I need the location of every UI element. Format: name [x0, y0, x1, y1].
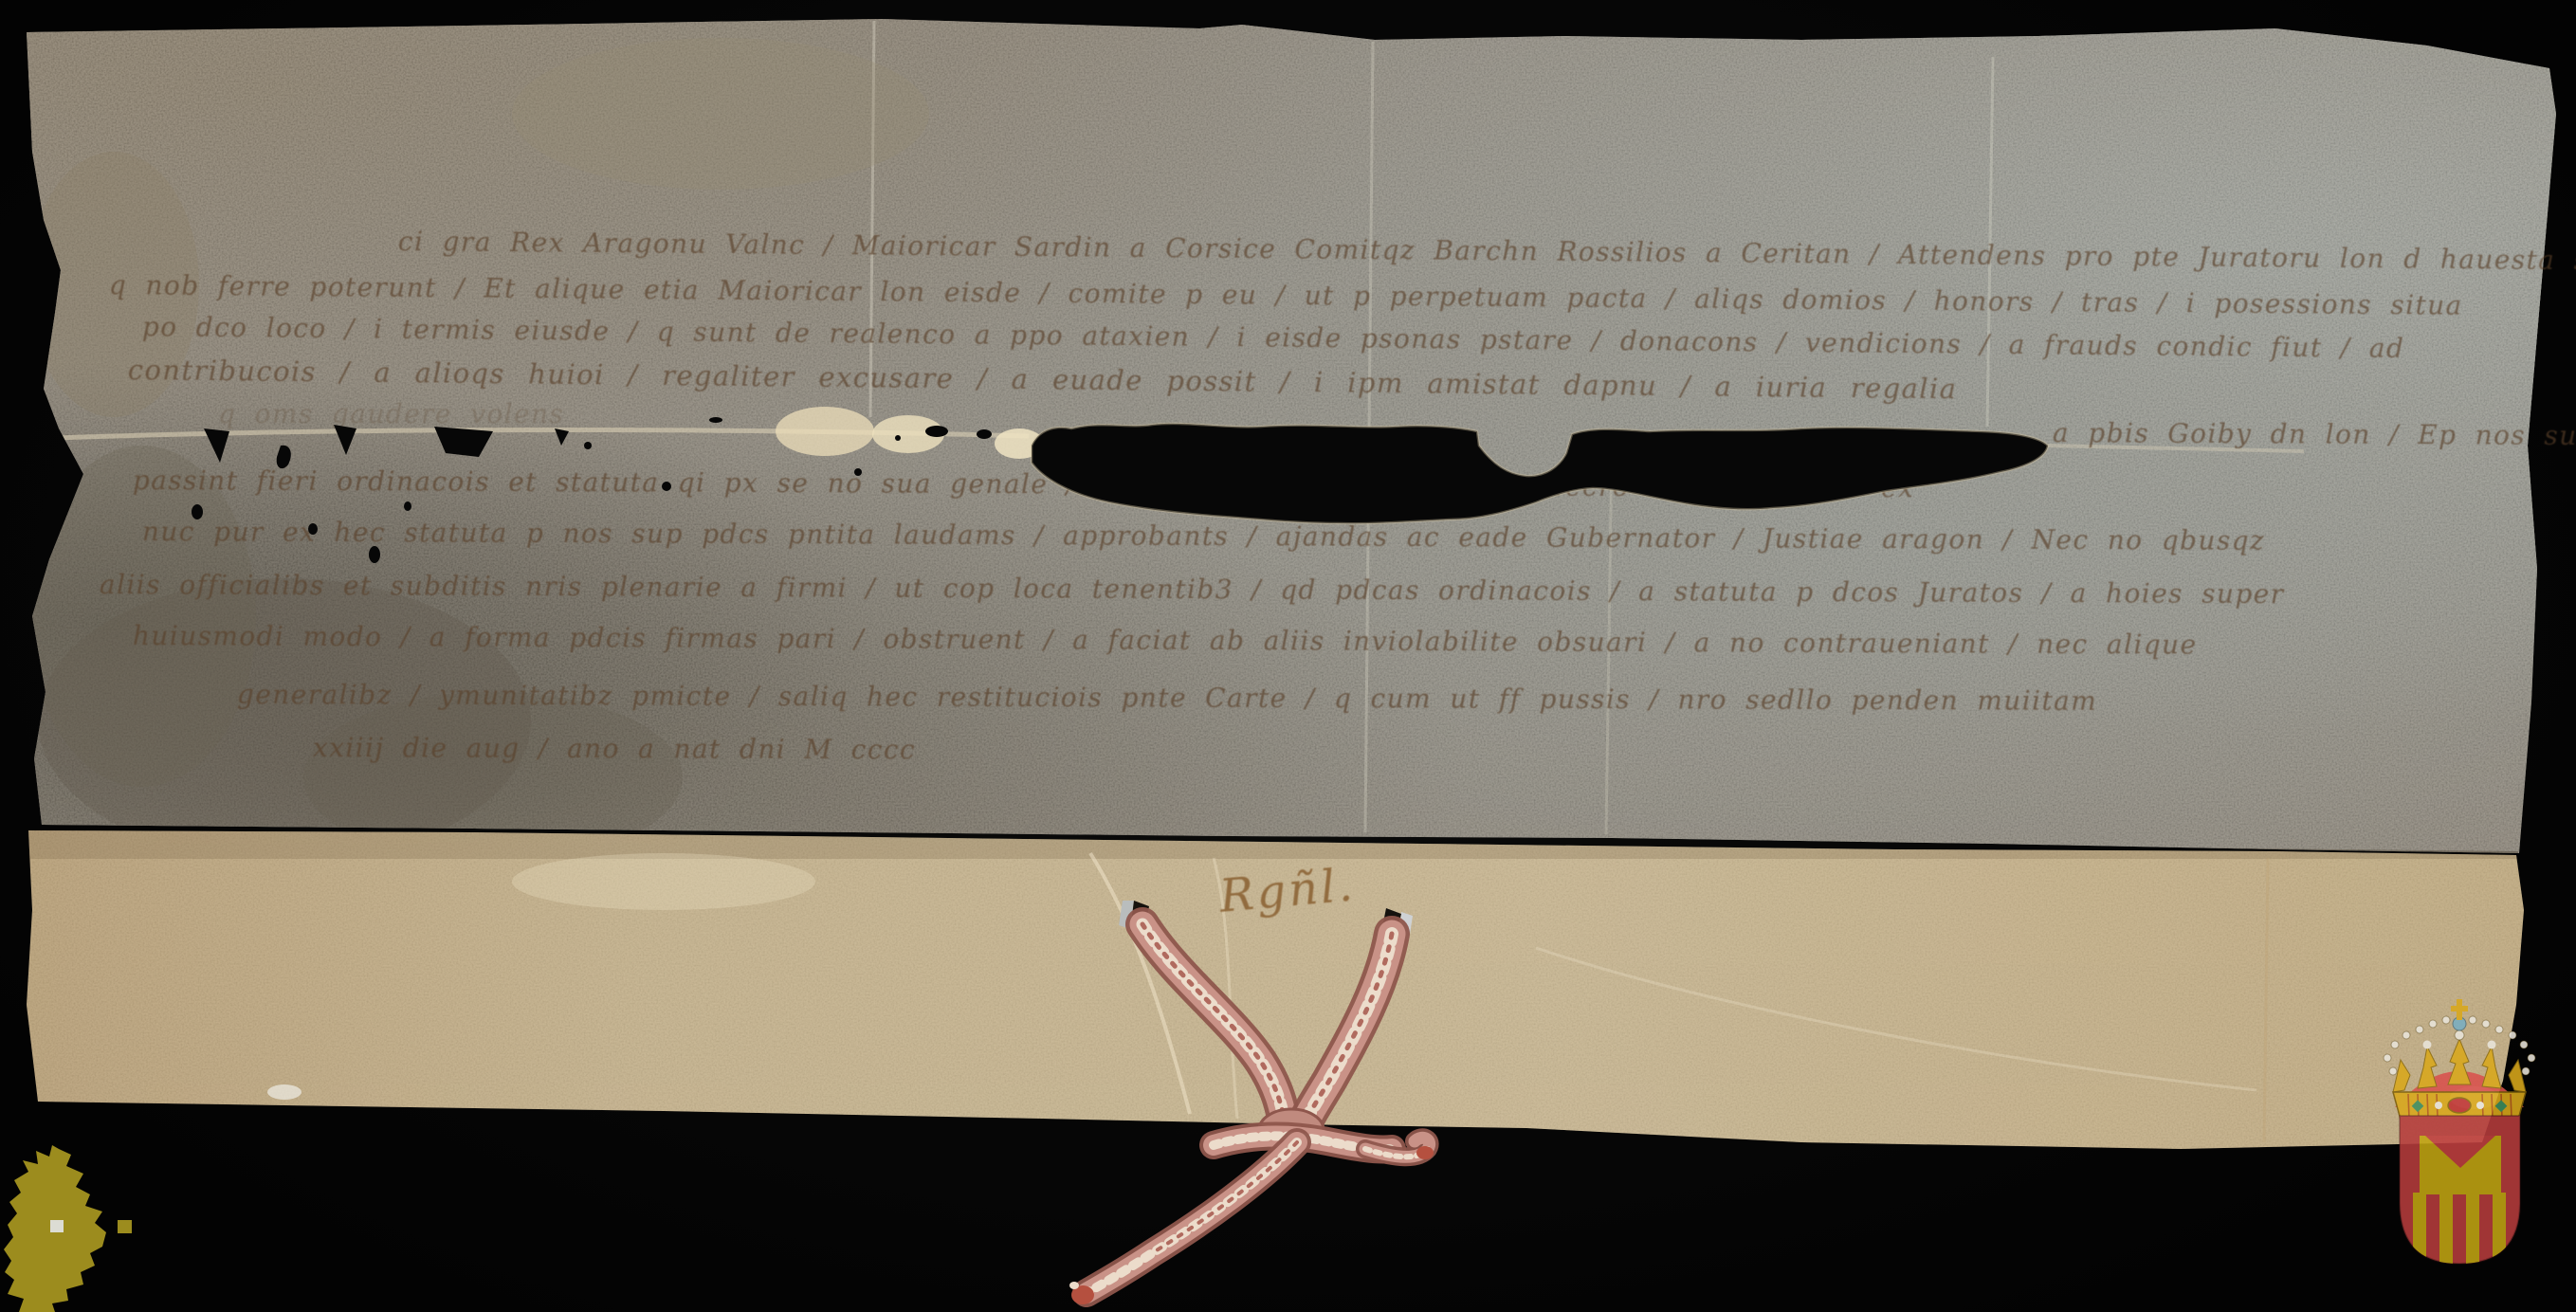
- shield-icon: [2400, 1116, 2520, 1268]
- crown-icon: [2384, 999, 2535, 1120]
- seal-cord: [1069, 924, 1434, 1304]
- cord-strand-right: [1303, 934, 1392, 1128]
- map-detached-square: [118, 1220, 132, 1233]
- photo-background: ci gra Rex Aragonu Valnc / Maioricar Sar…: [0, 0, 2576, 1312]
- region-map-icon: [4, 1145, 132, 1312]
- foreground-overlay: [0, 0, 2576, 1312]
- coat-of-arms: [2384, 999, 2535, 1268]
- cord-tail: [1069, 1142, 1297, 1304]
- map-marker: [50, 1220, 64, 1232]
- cord-strand-left: [1142, 924, 1286, 1126]
